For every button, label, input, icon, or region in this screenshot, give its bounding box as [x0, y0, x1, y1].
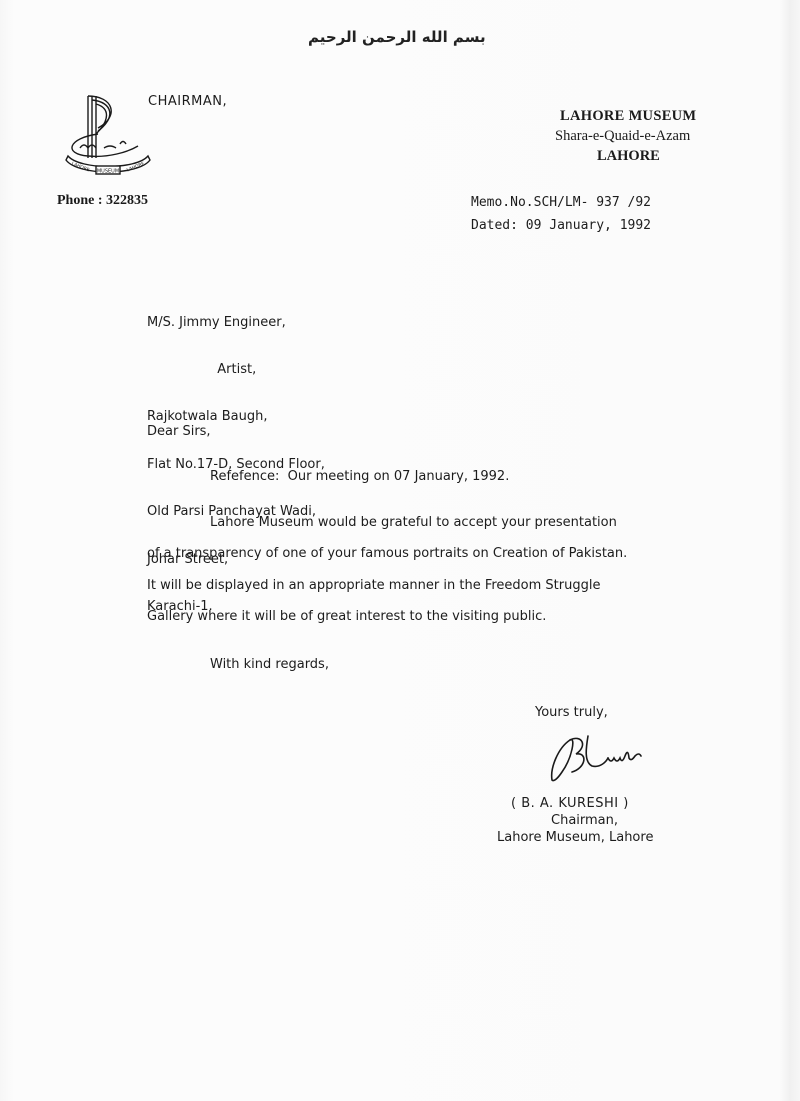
- signatory-title: Chairman,: [551, 813, 618, 828]
- body-line: It will be displayed in an appropriate m…: [147, 578, 600, 593]
- reference-line: Refefence: Our meeting on 07 January, 19…: [210, 469, 509, 484]
- office-heading: CHAIRMAN,: [148, 94, 227, 109]
- phone-number: Phone : 322835: [57, 193, 148, 209]
- signatory-organization: Lahore Museum, Lahore: [497, 830, 653, 845]
- address-line: M/S. Jimmy Engineer,: [147, 315, 325, 331]
- organization-name: LAHORE MUSEUM: [560, 108, 696, 125]
- organization-city: LAHORE: [597, 148, 660, 165]
- handwritten-signature-icon: [548, 728, 708, 788]
- closing-line: With kind regards,: [210, 657, 329, 672]
- salutation: Dear Sirs,: [147, 424, 211, 439]
- lahore-museum-logo-icon: MUSEUM LAHORE LAHORE: [58, 86, 158, 186]
- memo-number: Memo.No.SCH/LM- 937 /92: [471, 195, 651, 210]
- organization-street: Shara-e-Quaid-e-Azam: [555, 128, 690, 145]
- date-line: Dated: 09 January, 1992: [471, 218, 651, 233]
- bismillah-invocation: بسم الله الرحمن الرحيم: [308, 28, 486, 46]
- valediction: Yours truly,: [535, 705, 608, 720]
- address-line: Rajkotwala Baugh,: [147, 409, 325, 425]
- letter-page: بسم الله الرحمن الرحيم MUSEUM LAHORE LAH…: [0, 0, 800, 1101]
- body-line: Lahore Museum would be grateful to accep…: [210, 515, 617, 530]
- address-line: Artist,: [147, 362, 325, 378]
- body-line: of a transparency of one of your famous …: [147, 546, 627, 561]
- svg-text:MUSEUM: MUSEUM: [97, 169, 119, 175]
- signatory-name: ( B. A. KURESHI ): [511, 796, 629, 811]
- body-line: Gallery where it will be of great intere…: [147, 609, 546, 624]
